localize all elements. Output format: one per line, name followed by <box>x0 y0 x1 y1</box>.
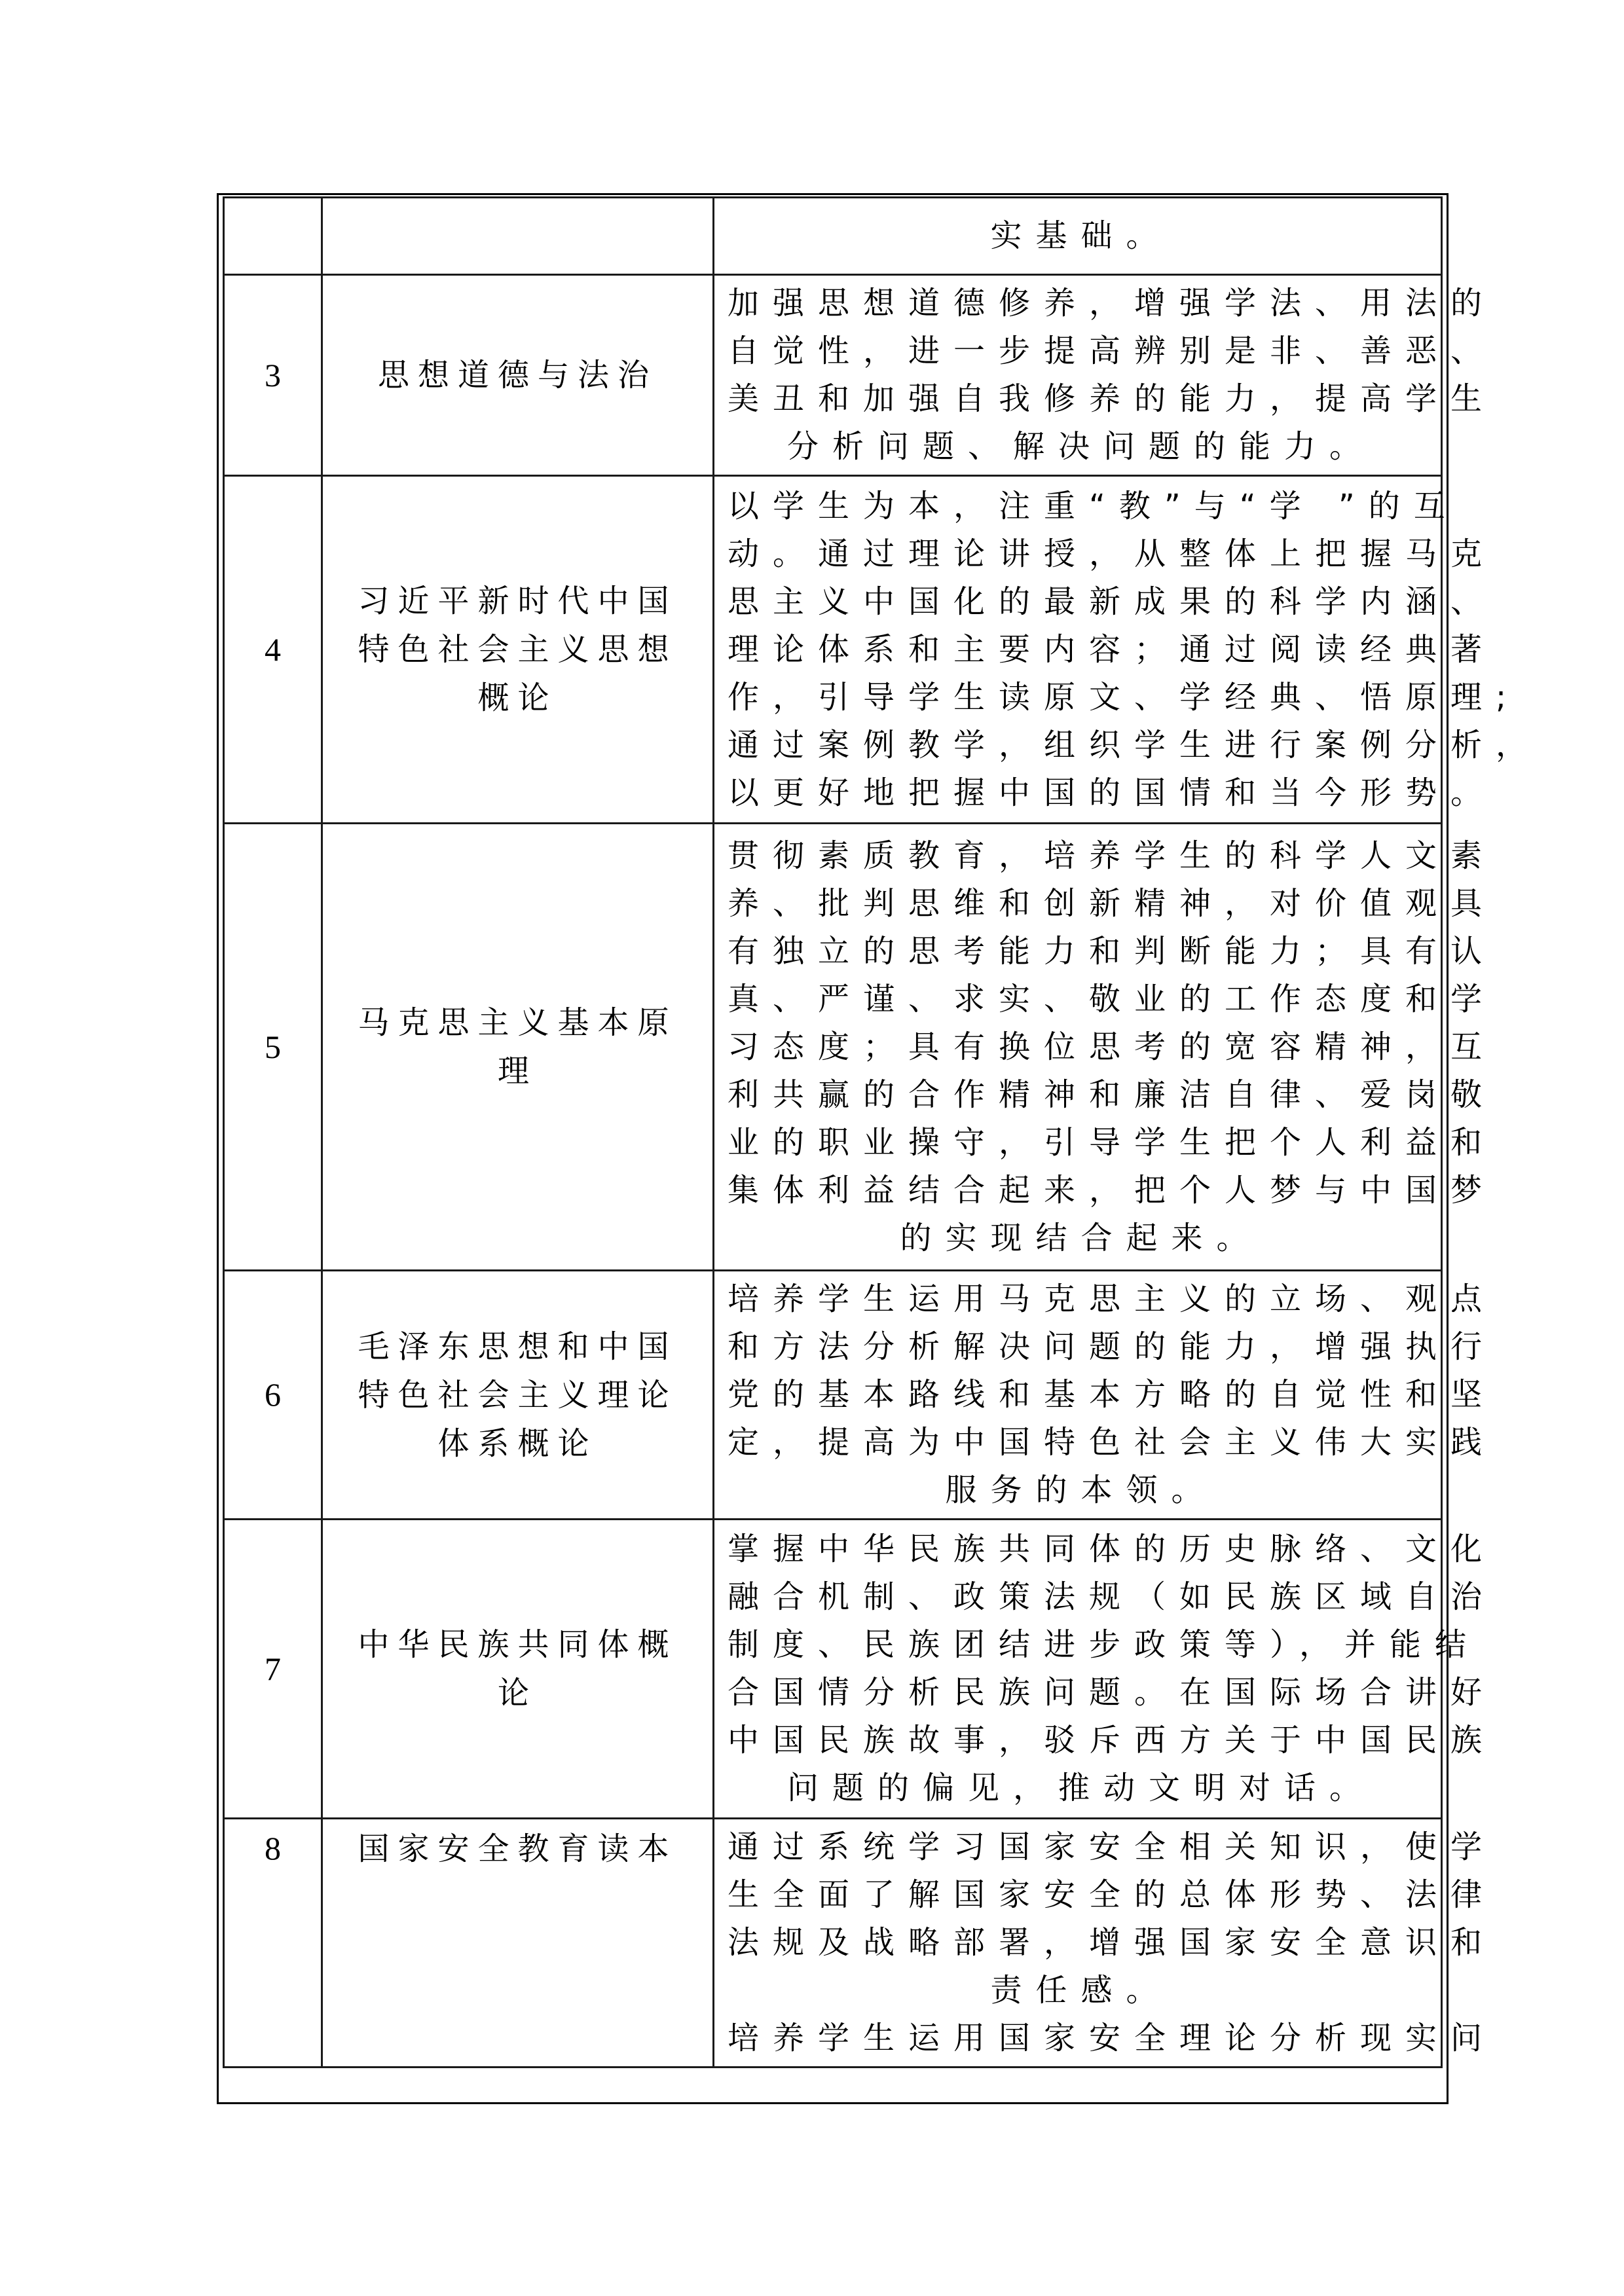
goal-text-line: 业的职业操守，引导学生把个人利益和 <box>728 1119 1434 1167</box>
goal-text-line: 党的基本路线和基本方略的自觉性和坚 <box>728 1371 1434 1419</box>
goal-text-line: 贯彻素质教育，培养学生的科学人文素 <box>728 832 1434 880</box>
goal-text-line: 实基础。 <box>728 212 1434 260</box>
course-goal-cell: 实基础。 <box>714 198 1442 275</box>
course-name-line: 中华民族共同体概 <box>342 1620 693 1669</box>
table-row: 7 中华民族共同体概 论 掌握中华民族共同体的历史脉络、文化 融合机制、政策法规… <box>224 1520 1442 1819</box>
course-goal-cell: 通过系统学习国家安全相关知识，使学 生全面了解国家安全的总体形势、法律 法规及战… <box>714 1819 1442 2068</box>
table-row: 6 毛泽东思想和中国 特色社会主义理论 体系概论 培养学生运用马克思主义的立场、… <box>224 1271 1442 1520</box>
course-number-cell: 4 <box>224 476 322 824</box>
course-name-line: 毛泽东思想和中国 <box>342 1322 693 1371</box>
course-number: 8 <box>265 1830 281 1867</box>
goal-text-line: 理论体系和主要内容；通过阅读经典著 <box>728 626 1434 674</box>
goal-text-line: 利共赢的合作精神和廉洁自律、爱岗敬 <box>728 1071 1434 1119</box>
goal-text-line: 有独立的思考能力和判断能力；具有认 <box>728 928 1434 975</box>
goal-text-line: 的实现结合起来。 <box>728 1214 1434 1262</box>
goal-text-line: 中国民族故事，驳斥西方关于中国民族 <box>728 1717 1434 1764</box>
course-goal-cell: 加强思想道德修养，增强学法、用法的 自觉性，进一步提高辨别是非、善恶、 美丑和加… <box>714 275 1442 476</box>
goal-text-line: 培养学生运用马克思主义的立场、观点 <box>728 1275 1434 1323</box>
course-name-line: 理 <box>342 1047 693 1095</box>
goal-text-line: 法规及战略部署，增强国家安全意识和 <box>728 1919 1434 1967</box>
goal-text-line: 和方法分析解决问题的能力，增强执行 <box>728 1323 1434 1371</box>
course-name-line: 概论 <box>342 674 693 722</box>
course-name-line: 特色社会主义理论 <box>342 1371 693 1419</box>
course-name-line: 马克思主义基本原 <box>342 998 693 1047</box>
table-row: 3 思想道德与法治 加强思想道德修养，增强学法、用法的 自觉性，进一步提高辨别是… <box>224 275 1442 476</box>
course-name-cell <box>322 198 714 275</box>
course-number: 5 <box>265 1029 281 1065</box>
course-goal-cell: 培养学生运用马克思主义的立场、观点 和方法分析解决问题的能力，增强执行 党的基本… <box>714 1271 1442 1520</box>
goal-text-line: 集体利益结合起来，把个人梦与中国梦 <box>728 1167 1434 1214</box>
course-name-line: 特色社会主义思想 <box>342 625 693 674</box>
goal-text-line: 思主义中国化的最新成果的科学内涵、 <box>728 578 1434 626</box>
course-objectives-table: 实基础。 3 思想道德与法治 加强思想道德修养，增强学法、用法的 自觉性，进一步… <box>223 196 1443 2068</box>
course-number: 4 <box>265 631 281 668</box>
table-row: 实基础。 <box>224 198 1442 275</box>
table-body: 实基础。 3 思想道德与法治 加强思想道德修养，增强学法、用法的 自觉性，进一步… <box>224 198 1442 2068</box>
goal-text-line: 生全面了解国家安全的总体形势、法律 <box>728 1871 1434 1919</box>
course-number: 6 <box>265 1376 281 1413</box>
course-name-line: 体系概论 <box>342 1419 693 1468</box>
course-goal-cell: 贯彻素质教育，培养学生的科学人文素 养、批判思维和创新精神，对价值观具 有独立的… <box>714 824 1442 1271</box>
goal-text-line: 问题的偏见，推动文明对话。 <box>728 1764 1434 1812</box>
goal-text-line: 掌握中华民族共同体的历史脉络、文化 <box>728 1525 1434 1573</box>
course-number: 7 <box>265 1650 281 1687</box>
goal-text-line: 加强思想道德修养，增强学法、用法的 <box>728 280 1434 327</box>
goal-text-line: 动。通过理论讲授，从整体上把握马克 <box>728 530 1434 578</box>
goal-text-line: 培养学生运用国家安全理论分析现实问 <box>728 2014 1434 2062</box>
table-row: 8 国家安全教育读本 通过系统学习国家安全相关知识，使学 生全面了解国家安全的总… <box>224 1819 1442 2068</box>
course-name-line: 习近平新时代中国 <box>342 577 693 625</box>
course-number-cell: 8 <box>224 1819 322 2068</box>
course-name-line: 论 <box>342 1669 693 1717</box>
goal-text-line: 真、严谨、求实、敬业的工作态度和学 <box>728 975 1434 1023</box>
course-name-cell: 中华民族共同体概 论 <box>322 1520 714 1819</box>
goal-text-line: 自觉性，进一步提高辨别是非、善恶、 <box>728 327 1434 375</box>
course-number: 3 <box>265 357 281 393</box>
course-name-cell: 思想道德与法治 <box>322 275 714 476</box>
course-name-cell: 马克思主义基本原 理 <box>322 824 714 1271</box>
document-page: 实基础。 3 思想道德与法治 加强思想道德修养，增强学法、用法的 自觉性，进一步… <box>0 0 1624 2296</box>
course-number-cell: 3 <box>224 275 322 476</box>
goal-text-line: 通过系统学习国家安全相关知识，使学 <box>728 1823 1434 1871</box>
course-name-line: 国家安全教育读本 <box>342 1825 693 1873</box>
goal-text-line: 定，提高为中国特色社会主义伟大实践 <box>728 1419 1434 1467</box>
goal-text-line: 以更好地把握中国的国情和当今形势。 <box>728 769 1434 817</box>
course-number-cell <box>224 198 322 275</box>
course-goal-cell: 以学生为本，注重“教”与“学 ”的互 动。通过理论讲授，从整体上把握马克 思主义… <box>714 476 1442 824</box>
goal-text-line: 融合机制、政策法规（如民族区域自治 <box>728 1573 1434 1621</box>
course-name-line: 思想道德与法治 <box>342 351 693 399</box>
goal-text-line: 以学生为本，注重“教”与“学 ”的互 <box>728 483 1434 530</box>
goal-text-line: 习态度；具有换位思考的宽容精神，互 <box>728 1023 1434 1071</box>
table-row: 5 马克思主义基本原 理 贯彻素质教育，培养学生的科学人文素 养、批判思维和创新… <box>224 824 1442 1271</box>
course-number-cell: 5 <box>224 824 322 1271</box>
goal-text-line: 服务的本领。 <box>728 1467 1434 1514</box>
goal-text-line: 通过案例教学，组织学生进行案例分析， <box>728 721 1434 769</box>
course-name-cell: 毛泽东思想和中国 特色社会主义理论 体系概论 <box>322 1271 714 1520</box>
course-number-cell: 7 <box>224 1520 322 1819</box>
course-goal-cell: 掌握中华民族共同体的历史脉络、文化 融合机制、政策法规（如民族区域自治 制度、民… <box>714 1520 1442 1819</box>
table-row: 4 习近平新时代中国 特色社会主义思想 概论 以学生为本，注重“教”与“学 ”的… <box>224 476 1442 824</box>
goal-text-line: 作，引导学生读原文、学经典、悟原理; <box>728 674 1434 721</box>
goal-text-line: 养、批判思维和创新精神，对价值观具 <box>728 880 1434 928</box>
course-number-cell: 6 <box>224 1271 322 1520</box>
goal-text-line: 责任感。 <box>728 1967 1434 2014</box>
goal-text-line: 分析问题、解决问题的能力。 <box>728 423 1434 471</box>
goal-text-line: 合国情分析民族问题。在国际场合讲好 <box>728 1669 1434 1717</box>
course-name-cell: 习近平新时代中国 特色社会主义思想 概论 <box>322 476 714 824</box>
goal-text-line: 制度、民族团结进步政策等），并能结 <box>728 1621 1434 1669</box>
goal-text-line: 美丑和加强自我修养的能力，提高学生 <box>728 375 1434 423</box>
course-name-cell: 国家安全教育读本 <box>322 1819 714 2068</box>
